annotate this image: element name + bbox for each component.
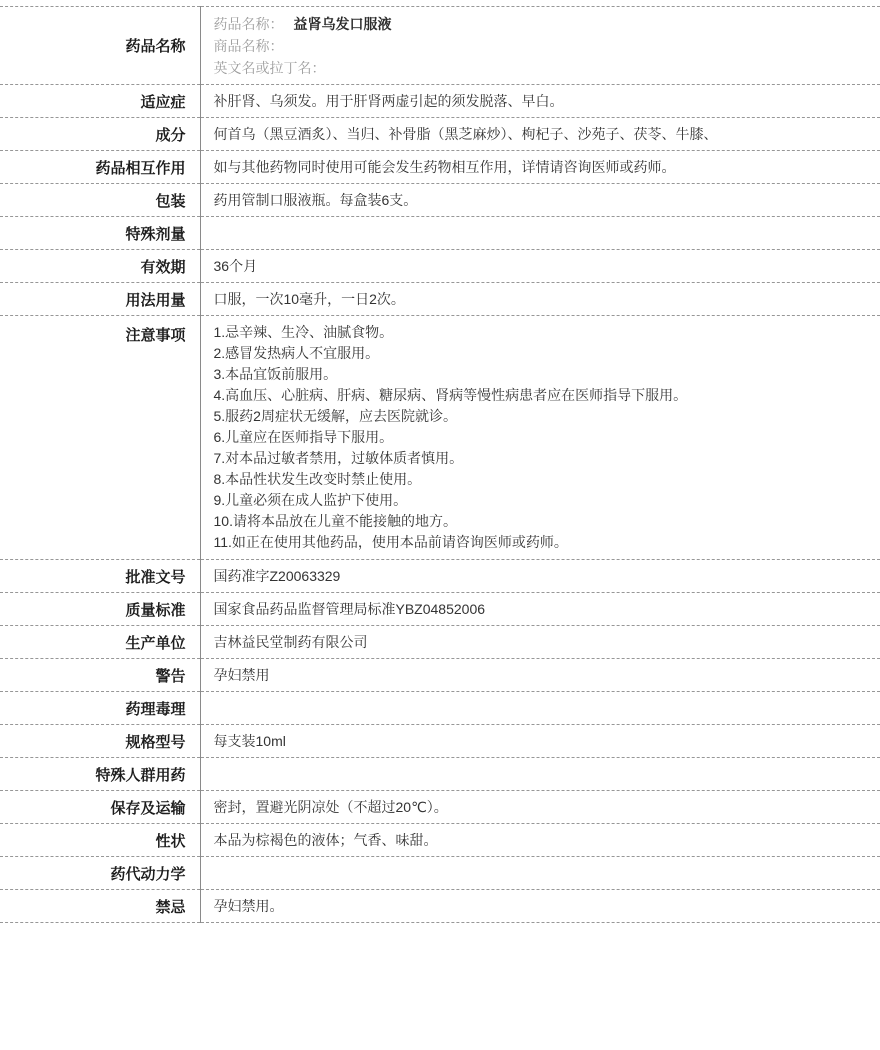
row-value: 何首乌（黑豆酒炙）、当归、补骨脂（黑芝麻炒）、枸杞子、沙苑子、茯苓、牛膝、 [200,118,880,151]
row-shelf-life: 有效期 36个月 [0,250,880,283]
row-label: 特殊人群用药 [0,758,200,791]
row-label: 适应症 [0,85,200,118]
row-label: 包装 [0,184,200,217]
row-label: 药理毒理 [0,692,200,725]
row-value [200,217,880,250]
row-value: 国药准字Z20063329 [200,560,880,593]
row-label: 性状 [0,824,200,857]
row-value [200,692,880,725]
row-value: 36个月 [200,250,880,283]
row-value: 本品为棕褐色的液体；气香、味甜。 [200,824,880,857]
row-label: 注意事项 [0,316,200,560]
row-value: 孕妇禁用 [200,659,880,692]
row-label: 规格型号 [0,725,200,758]
row-value [200,758,880,791]
row-drug-interactions: 药品相互作用 如与其他药物同时使用可能会发生药物相互作用，详情请咨询医师或药师。 [0,151,880,184]
row-label: 药品名称 [0,7,200,85]
row-precautions: 注意事项 1.忌辛辣、生冷、油腻食物。 2.感冒发热病人不宜服用。 3.本品宜饭… [0,316,880,560]
row-value [200,857,880,890]
row-pharmacology-toxicology: 药理毒理 [0,692,880,725]
row-label: 特殊剂量 [0,217,200,250]
row-label: 保存及运输 [0,791,200,824]
english-name-label: 英文名或拉丁名： [214,57,871,79]
row-label: 成分 [0,118,200,151]
row-value: 1.忌辛辣、生冷、油腻食物。 2.感冒发热病人不宜服用。 3.本品宜饭前服用。 … [200,316,880,560]
row-label: 警告 [0,659,200,692]
row-special-dosage: 特殊剂量 [0,217,880,250]
row-ingredients: 成分 何首乌（黑豆酒炙）、当归、补骨脂（黑芝麻炒）、枸杞子、沙苑子、茯苓、牛膝、 [0,118,880,151]
row-value: 吉林益民堂制药有限公司 [200,626,880,659]
row-label: 批准文号 [0,560,200,593]
row-special-populations: 特殊人群用药 [0,758,880,791]
row-value: 孕妇禁用。 [200,890,880,923]
row-value: 国家食品药品监督管理局标准YBZ04852006 [200,593,880,626]
row-label: 用法用量 [0,283,200,316]
row-storage-transport: 保存及运输 密封，置避光阴凉处（不超过20℃）。 [0,791,880,824]
trade-name-label: 商品名称： [214,35,871,57]
row-value: 药品名称：益肾乌发口服液 商品名称： 英文名或拉丁名： [200,7,880,85]
row-value: 药用管制口服液瓶。每盒装6支。 [200,184,880,217]
drug-info-table: 药品名称 药品名称：益肾乌发口服液 商品名称： 英文名或拉丁名： 适应症 补肝肾… [0,6,880,923]
row-label: 生产单位 [0,626,200,659]
row-dosage-usage: 用法用量 口服，一次10毫升，一日2次。 [0,283,880,316]
row-approval-number: 批准文号 国药准字Z20063329 [0,560,880,593]
row-contraindications: 禁忌 孕妇禁用。 [0,890,880,923]
row-description: 性状 本品为棕褐色的液体；气香、味甜。 [0,824,880,857]
row-value: 如与其他药物同时使用可能会发生药物相互作用，详情请咨询医师或药师。 [200,151,880,184]
row-value: 密封，置避光阴凉处（不超过20℃）。 [200,791,880,824]
row-label: 有效期 [0,250,200,283]
row-value: 口服，一次10毫升，一日2次。 [200,283,880,316]
generic-name-label: 药品名称： [214,16,284,32]
row-specification: 规格型号 每支装10ml [0,725,880,758]
row-label: 质量标准 [0,593,200,626]
row-label: 药代动力学 [0,857,200,890]
row-warning: 警告 孕妇禁用 [0,659,880,692]
row-packaging: 包装 药用管制口服液瓶。每盒装6支。 [0,184,880,217]
row-value: 补肝肾、乌须发。用于肝肾两虚引起的须发脱落、早白。 [200,85,880,118]
row-drug-name: 药品名称 药品名称：益肾乌发口服液 商品名称： 英文名或拉丁名： [0,7,880,85]
generic-name-value: 益肾乌发口服液 [294,16,392,32]
row-indications: 适应症 补肝肾、乌须发。用于肝肾两虚引起的须发脱落、早白。 [0,85,880,118]
row-quality-standard: 质量标准 国家食品药品监督管理局标准YBZ04852006 [0,593,880,626]
row-pharmacokinetics: 药代动力学 [0,857,880,890]
row-label: 禁忌 [0,890,200,923]
row-label: 药品相互作用 [0,151,200,184]
row-manufacturer: 生产单位 吉林益民堂制药有限公司 [0,626,880,659]
row-value: 每支装10ml [200,725,880,758]
generic-name-line: 药品名称：益肾乌发口服液 [214,13,871,35]
